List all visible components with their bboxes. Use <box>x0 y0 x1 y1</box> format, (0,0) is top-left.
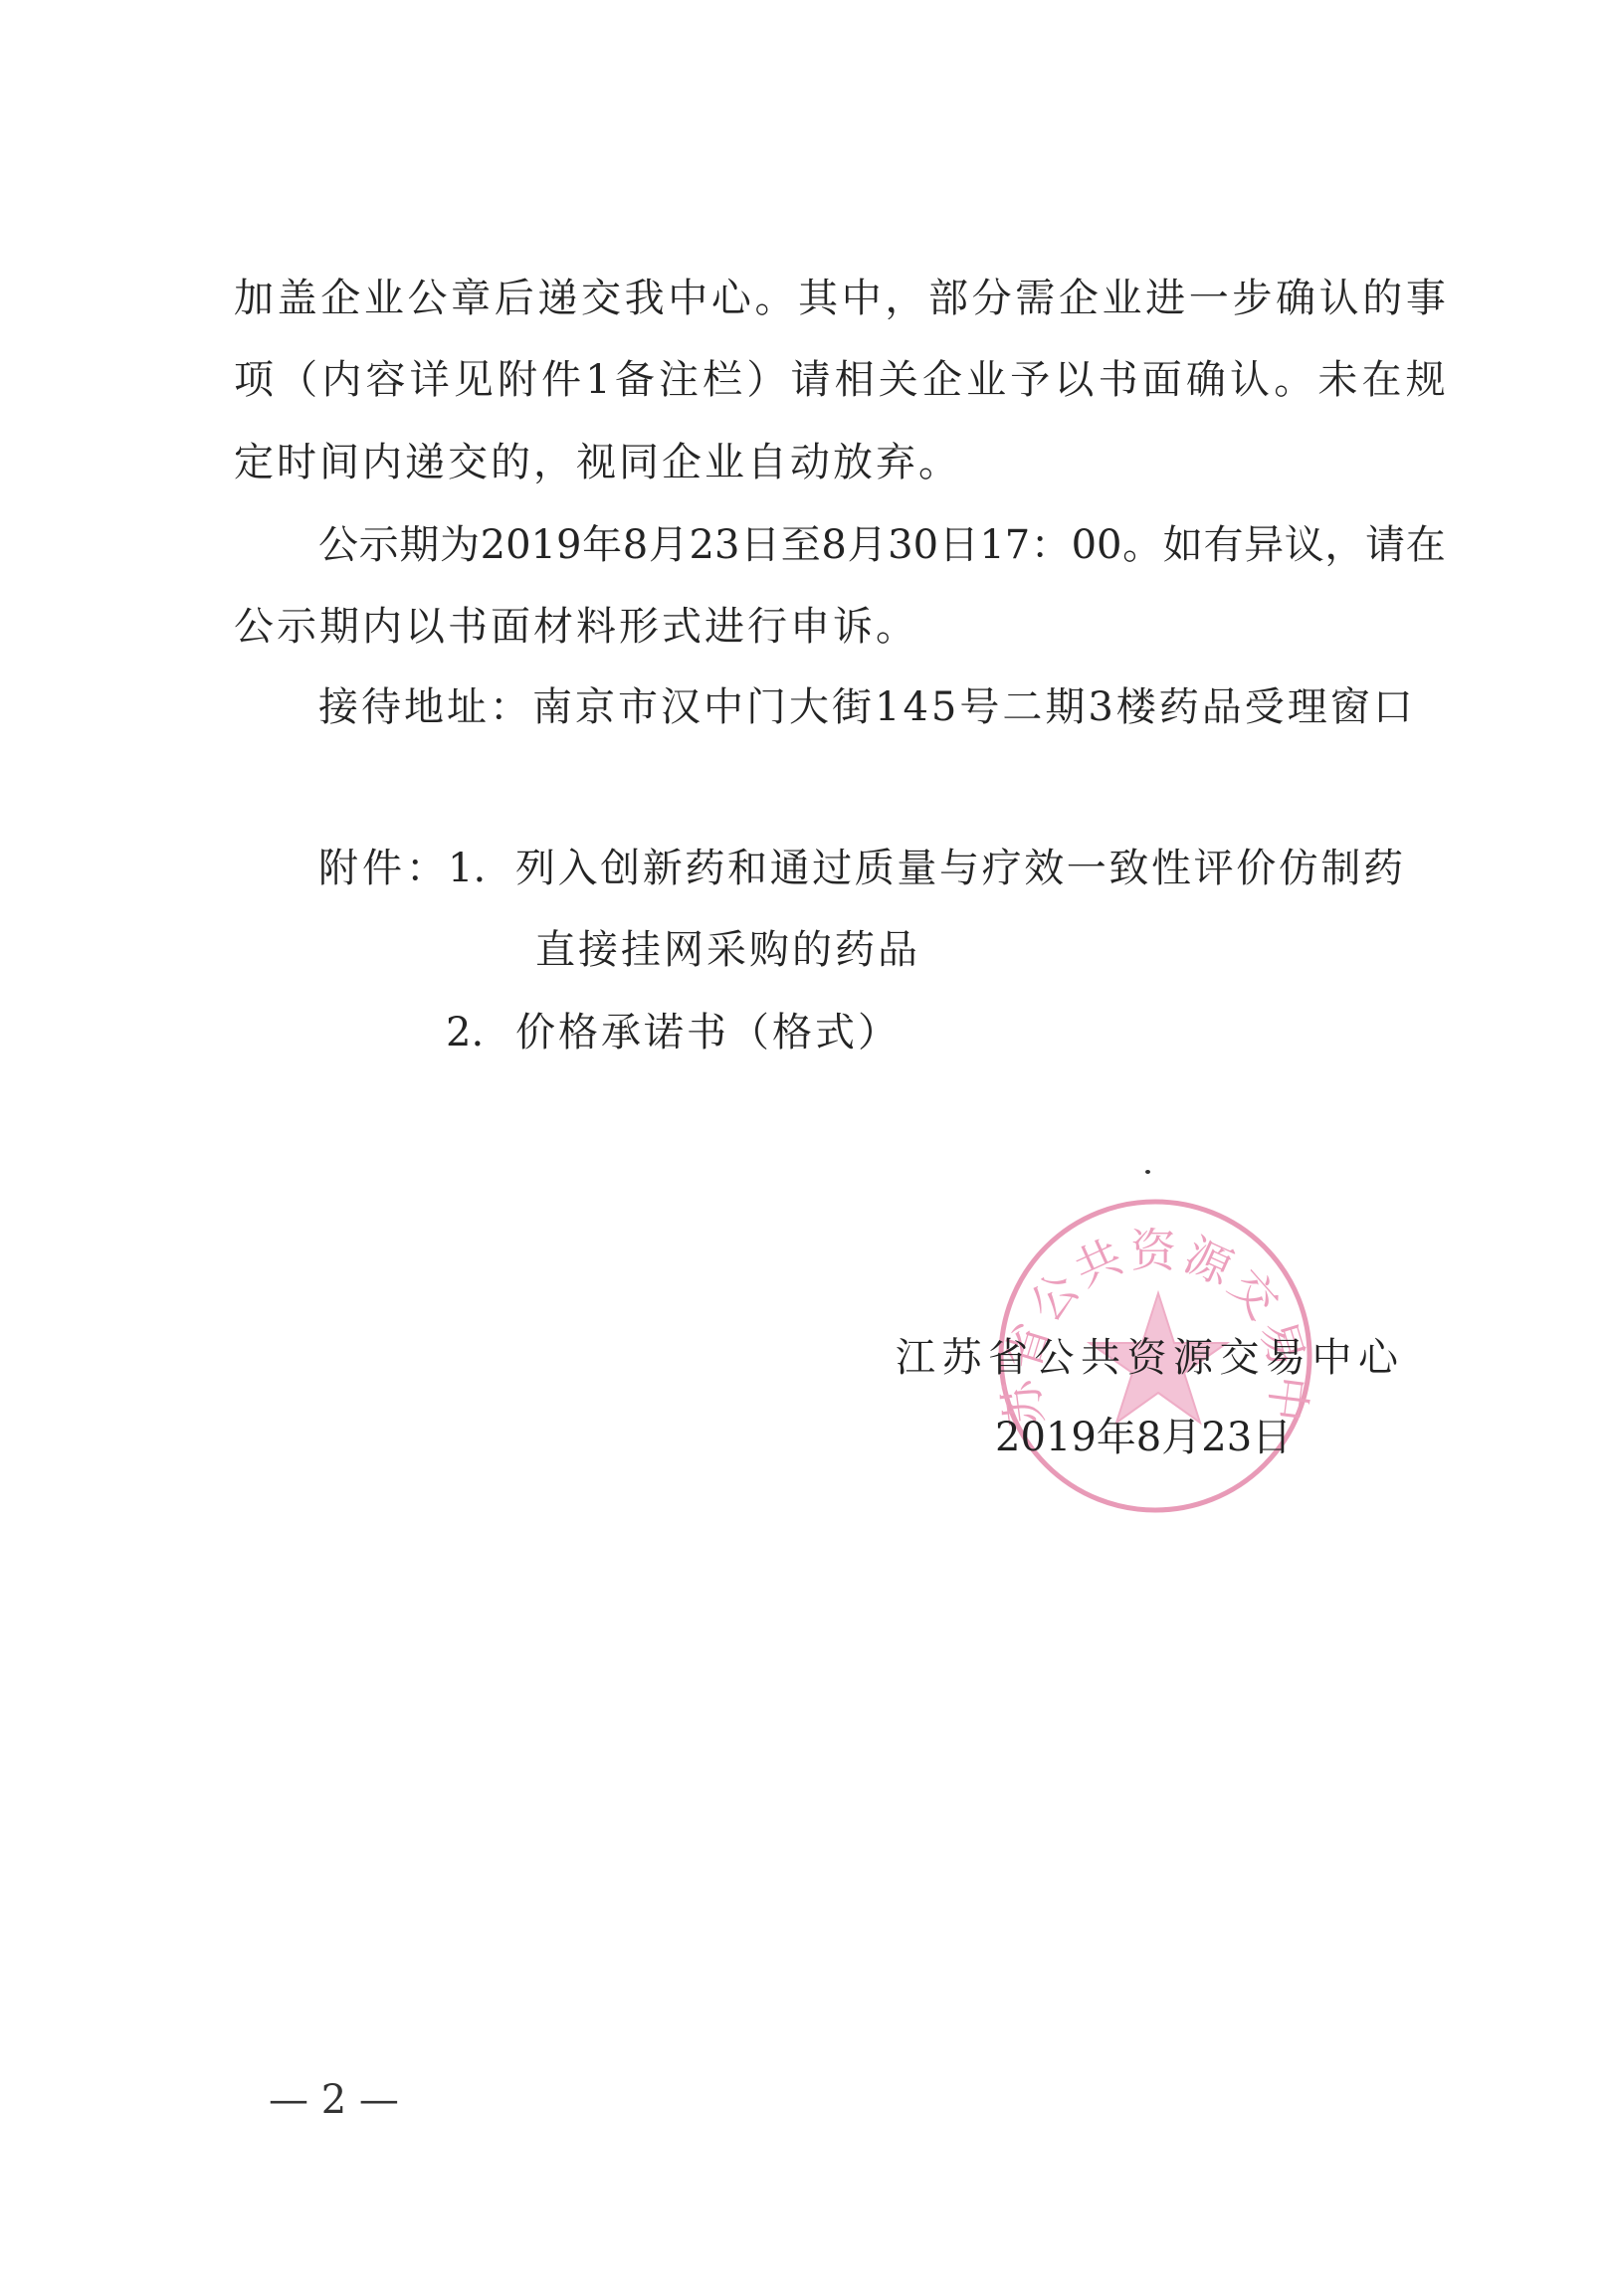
scan-speck <box>1145 1170 1150 1174</box>
attachments-label: 附件： <box>318 844 450 893</box>
body-line-5: 公示期内以书面材料形式进行申诉。 <box>234 602 918 652</box>
body-line-1: 加盖企业公章后递交我中心。其中，部分需企业进一步确认的事 <box>234 274 1446 323</box>
page-number: — 2 — <box>269 2077 399 2123</box>
body-line-3: 定时间内递交的，视同企业自动放弃。 <box>234 438 961 487</box>
attachment-1-title-cont: 直接挂网采购的药品 <box>535 925 920 975</box>
body-line-2: 项（内容详见附件1备注栏）请相关企业予以书面确认。未在规 <box>234 355 1446 405</box>
issuing-organization: 江苏省公共资源交易中心 <box>896 1333 1405 1383</box>
body-line-4: 公示期为2019年8月23日至8月30日17：00。如有异议，请在 <box>318 520 1446 570</box>
attachment-1-title: 列入创新药和通过质量与疗效一致性评价仿制药 <box>515 844 1406 893</box>
issue-date: 2019年8月23日 <box>995 1413 1292 1462</box>
attachment-2-number: 2. <box>446 1008 484 1057</box>
attachment-2-title: 价格承诺书（格式） <box>515 1008 901 1057</box>
attachment-1-number: 1. <box>448 844 486 893</box>
reception-address: 接待地址：南京市汉中门大街145号二期3楼药品受理窗口 <box>318 682 1416 732</box>
